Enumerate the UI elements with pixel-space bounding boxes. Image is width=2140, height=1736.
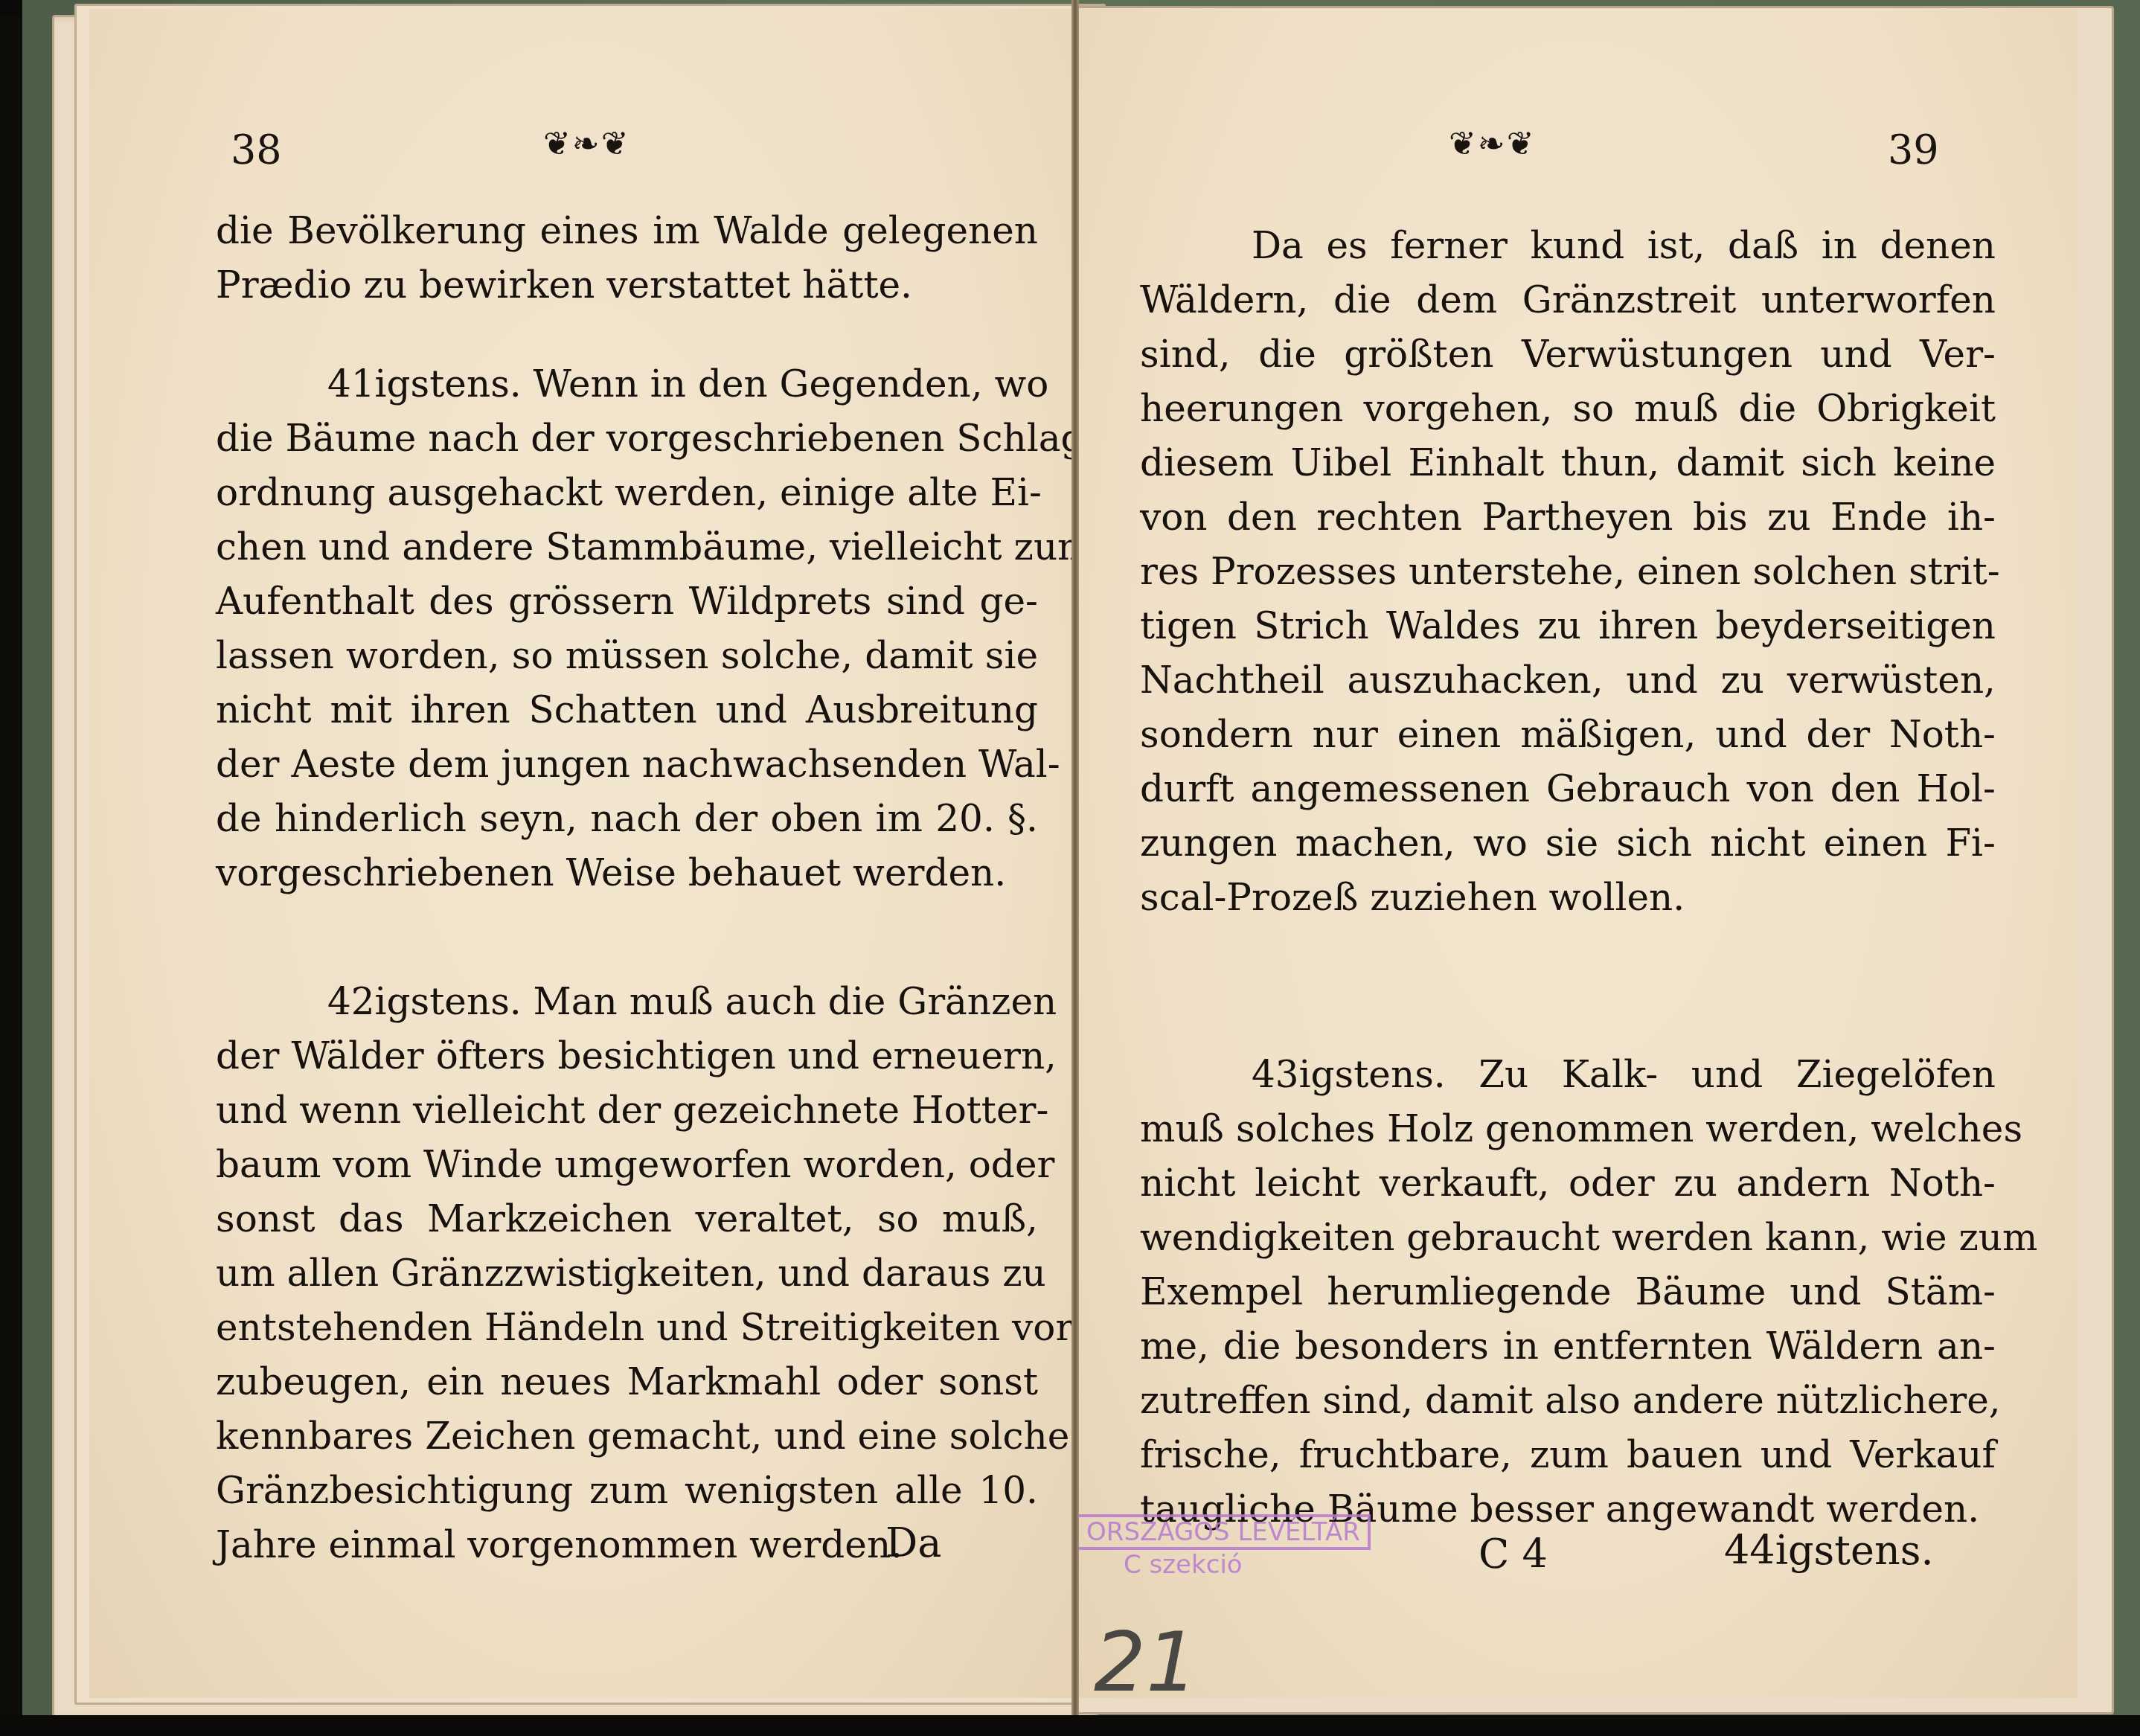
text-line: diesem Uibel Einhalt thun, damit sich ke… xyxy=(1140,436,1996,490)
text-line: Prædio zu bewirken verstattet hätte. xyxy=(216,258,1038,313)
text-line: tigen Strich Waldes zu ihren beyderseiti… xyxy=(1140,599,1996,653)
text-line: die Bäume nach der vorgeschriebenen Schl… xyxy=(216,411,1038,466)
text-line: sonst das Markzeichen veraltet, so muß, xyxy=(216,1192,1038,1246)
right-page-header: ❦❧❦ 39 xyxy=(1077,113,2077,173)
text-line: entstehenden Händeln und Streitigkeiten … xyxy=(216,1301,1038,1355)
text-line: Wäldern, die dem Gränzstreit unterworfen xyxy=(1140,273,1996,327)
text-line: Gränzbesichtigung zum wenigsten alle 10. xyxy=(216,1464,1038,1518)
text-line: res Prozesses unterstehe, einen solchen … xyxy=(1140,545,1996,599)
text-line: zubeugen, ein neues Markmahl oder sonst xyxy=(216,1355,1038,1409)
text-line: kennbares Zeichen gemacht, und eine solc… xyxy=(216,1409,1038,1464)
text-line: zutreffen sind, damit also andere nützli… xyxy=(1140,1374,1996,1428)
text-line: Aufenthalt des grössern Wildprets sind g… xyxy=(216,574,1038,629)
right-page-body: Da es ferner kund ist, daß in denen Wäld… xyxy=(1140,219,1996,1537)
bottom-shadow xyxy=(0,1715,2140,1736)
book-gutter xyxy=(1071,0,1079,1736)
text-line: Da es ferner kund ist, daß in denen xyxy=(1140,219,1996,273)
text-line: Nachtheil auszuhacken, und zu verwüsten, xyxy=(1140,653,1996,708)
catchword: Da xyxy=(885,1519,942,1566)
text-line: und wenn vielleicht der gezeichnete Hott… xyxy=(216,1083,1038,1138)
text-line: nicht mit ihren Schatten und Ausbreitung xyxy=(216,683,1038,737)
text-line: die Bevölkerung eines im Walde gelegenen xyxy=(216,204,1038,258)
ornament-icon: ❦❧❦ xyxy=(543,125,630,163)
text-line: ordnung ausgehackt werden, einige alte E… xyxy=(216,466,1038,520)
catchword: 44igstens. xyxy=(1724,1527,1934,1574)
page-number: 39 xyxy=(1888,126,1939,173)
left-page-body: die Bevölkerung eines im Walde gelegenen… xyxy=(216,204,1038,1572)
ornament-icon: ❦❧❦ xyxy=(1449,125,1536,163)
text-line: wendigkeiten gebraucht werden kann, wie … xyxy=(1140,1211,1996,1265)
text-line: chen und andere Stammbäume, vielleicht z… xyxy=(216,520,1038,574)
text-line: muß solches Holz genommen werden, welche… xyxy=(1140,1102,1996,1156)
text-line: vorgeschriebenen Weise behauet werden. xyxy=(216,846,1038,900)
text-line: der Wälder öfters besichtigen und erneue… xyxy=(216,1029,1038,1083)
text-line: de hinderlich seyn, nach der oben im 20.… xyxy=(216,792,1038,846)
text-line: baum vom Winde umgeworfen worden, oder xyxy=(216,1138,1038,1192)
text-line: frische, fruchtbare, zum bauen und Verka… xyxy=(1140,1428,1996,1482)
text-line: um allen Gränzzwistigkeiten, und daraus … xyxy=(216,1246,1038,1301)
archive-stamp: ORSZÁGOS LEVÉLTÁR C szekció xyxy=(1079,1514,1371,1580)
text-line: heerungen vorgehen, so muß die Obrigkeit xyxy=(1140,382,1996,436)
text-line: sind, die größten Verwüstungen und Ver- xyxy=(1140,327,1996,382)
stamp-line-2: C szekció xyxy=(1079,1550,1243,1580)
signature-mark: C 4 xyxy=(1479,1531,1548,1578)
text-line: der Aeste dem jungen nachwachsenden Wal- xyxy=(216,737,1038,792)
text-line: von den rechten Partheyen bis zu Ende ih… xyxy=(1140,490,1996,545)
text-line: durft angemessenen Gebrauch von den Hol- xyxy=(1140,762,1996,816)
text-line: nicht leicht verkauft, oder zu andern No… xyxy=(1140,1156,1996,1211)
pencil-folio-number: 21 xyxy=(1094,1615,1198,1710)
text-line: me, die besonders in entfernten Wäldern … xyxy=(1140,1319,1996,1374)
stamp-line-1: ORSZÁGOS LEVÉLTÁR xyxy=(1079,1514,1371,1550)
text-line: sondern nur einen mäßigen, und der Noth- xyxy=(1140,708,1996,762)
section-42-heading-line: 42igstens. Man muß auch die Gränzen xyxy=(216,975,1038,1029)
section-43-heading-line: 43igstens. Zu Kalk- und Ziegelöfen xyxy=(1140,1048,1996,1102)
left-page: 38 ❦❧❦ die Bevölkerung eines im Walde ge… xyxy=(89,9,1077,1698)
left-page-header: 38 ❦❧❦ xyxy=(89,113,1075,173)
text-line: lassen worden, so müssen solche, damit s… xyxy=(216,629,1038,683)
text-line: Exempel herumliegende Bäume und Stäm- xyxy=(1140,1265,1996,1319)
page-number: 38 xyxy=(231,126,282,173)
right-page: ❦❧❦ 39 Da es ferner kund ist, daß in den… xyxy=(1075,9,2077,1698)
section-41-heading-line: 41igstens. Wenn in den Gegenden, wo xyxy=(216,357,1038,411)
text-line: scal-Prozeß zuziehen wollen. xyxy=(1140,871,1996,925)
text-line: zungen machen, wo sie sich nicht einen F… xyxy=(1140,816,1996,871)
